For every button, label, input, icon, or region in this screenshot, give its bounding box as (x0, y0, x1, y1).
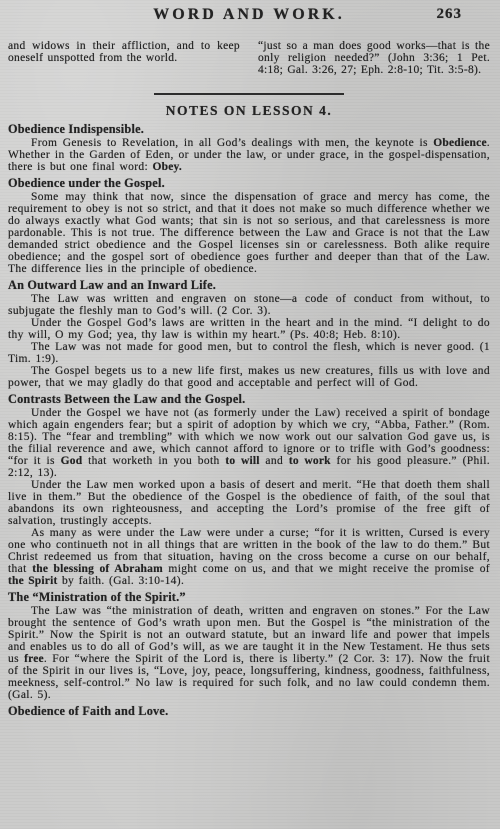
emphasized-text: free (24, 653, 44, 665)
paragraph: From Genesis to Revelation, in all God’s… (8, 137, 490, 173)
page-number: 263 (437, 6, 463, 23)
paragraph: Under the Gospel we have not (as formerl… (8, 407, 490, 479)
emphasized-text: Obey. (152, 161, 181, 173)
body-text: Under the Law men worked upon a basis of… (8, 479, 490, 527)
scanned-journal-page: WORD AND WORK. 263 and widows in their a… (0, 0, 500, 829)
section-heading: An Outward Law and an Inward Life. (8, 278, 490, 292)
emphasized-text: Obedience (433, 137, 487, 149)
emphasized-text: the blessing of Abraham (32, 563, 163, 575)
journal-title: WORD AND WORK. (8, 6, 490, 24)
paragraph: The Law was “the ministration of death, … (8, 605, 490, 701)
body-text: The Law was written and engraven on ston… (8, 293, 490, 317)
emphasized-text: God (61, 455, 83, 467)
body-text: . For “where the Spirit of the Lord is, … (8, 653, 490, 701)
section-heading: Obedience under the Gospel. (8, 176, 490, 190)
body-text: that worketh in you both (82, 455, 225, 467)
left-column-text: and widows in their affliction, and to k… (8, 40, 240, 76)
notes-sections: Obedience Indispensible.From Genesis to … (8, 122, 490, 718)
body-text: might come on us, and that we might rece… (163, 563, 490, 575)
section-divider-rule (154, 93, 344, 95)
paragraph: Under the Gospel God’s laws are written … (8, 317, 490, 341)
emphasized-text: to will (225, 455, 259, 467)
body-text: The Law was not made for good men, but t… (8, 341, 490, 365)
body-text: by faith. (Gal. 3:10-14). (58, 575, 185, 587)
body-text: The Gospel begets us to a new life first… (8, 365, 490, 389)
paragraph: As many as were under the Law were under… (8, 527, 490, 587)
paragraph: The Gospel begets us to a new life first… (8, 365, 490, 389)
paragraph: Some may think that now, since the dispe… (8, 191, 490, 275)
page-header: WORD AND WORK. 263 (8, 6, 490, 28)
body-text: Some may think that now, since the dispe… (8, 191, 490, 275)
emphasized-text: to work (289, 455, 331, 467)
section-heading: Obedience Indispensible. (8, 122, 490, 136)
paragraph: Under the Law men worked upon a basis of… (8, 479, 490, 527)
paragraph: The Law was written and engraven on ston… (8, 293, 490, 317)
paragraph: The Law was not made for good men, but t… (8, 341, 490, 365)
body-text: From Genesis to Revelation, in all God’s… (31, 137, 433, 149)
section-heading: Obedience of Faith and Love. (8, 704, 490, 718)
body-text: Under the Gospel God’s laws are written … (8, 317, 490, 341)
lesson-title: NOTES ON LESSON 4. (8, 103, 490, 119)
section-heading: Contrasts Between the Law and the Gospel… (8, 392, 490, 406)
carryover-columns: and widows in their affliction, and to k… (8, 40, 490, 76)
right-column-text: “just so a man does good works—that is t… (258, 40, 490, 76)
body-text: and (260, 455, 289, 467)
emphasized-text: the Spirit (8, 575, 58, 587)
section-heading: The “Ministration of the Spirit.” (8, 590, 490, 604)
